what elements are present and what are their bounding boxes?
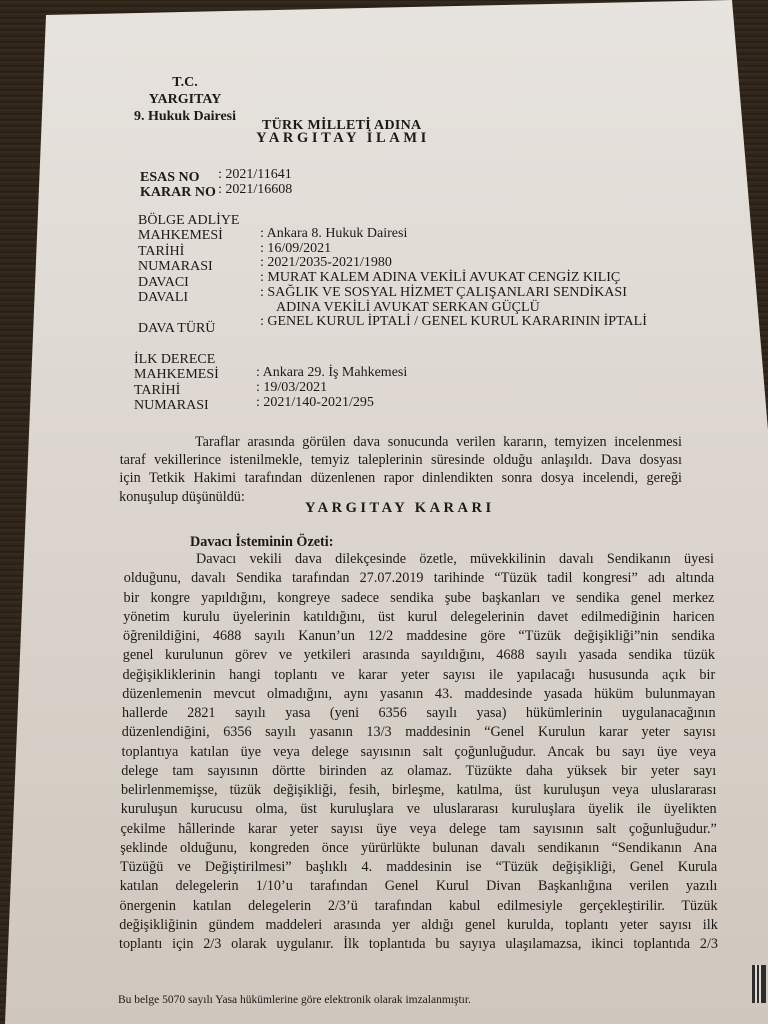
text-line: delege tam sayısının dörtte birinden az … (121, 762, 716, 782)
text-line: düzenlendiğini, 6356 sayılı yasanın 13/3… (122, 723, 716, 743)
regional-court-label: DAVALI (138, 290, 188, 306)
text-line: Tüzüğü ve Değiştirilmesi” başlıklı 4. ma… (120, 858, 717, 878)
e-signature-notice: Bu belge 5070 sayılı Yasa hükümlerine gö… (118, 994, 471, 1006)
first-instance-value: : Ankara 29. İş Mahkemesi (256, 365, 407, 381)
text-line: Taraflar arasında görülen dava sonucunda… (195, 433, 682, 453)
qr-code-icon (752, 965, 766, 1003)
regional-court-block: BÖLGE ADLİYE MAHKEMESİ: Ankara 8. Hukuk … (138, 213, 698, 343)
regional-court-value: : SAĞLIK VE SOSYAL HİZMET ÇALIŞANLARI SE… (260, 285, 627, 301)
first-instance-value: : 2021/140-2021/295 (256, 395, 374, 411)
regional-court-value: : 16/09/2021 (260, 241, 331, 257)
text-line: taraf vekillerince istenilmekle, temyiz … (120, 451, 682, 471)
regional-court-value: : GENEL KURUL İPTALİ / GENEL KURUL KARAR… (260, 314, 647, 330)
text-line: kuruluşun kurucusu olma, üst kuruluşlara… (121, 800, 717, 820)
karar-value: : 2021/16608 (218, 182, 292, 198)
text-line: hallerde 2821 sayılı yasa (yeni 6356 say… (122, 704, 716, 724)
text-line: genel kurulunun görev ve yetkileri arası… (123, 646, 715, 666)
text-line: için Tetkik Hakimi tarafından düzenlenen… (119, 469, 682, 489)
regional-court-label: MAHKEMESİ (138, 228, 223, 244)
first-instance-value: : 19/03/2021 (256, 380, 327, 396)
first-instance-label: MAHKEMESİ (134, 367, 219, 383)
first-instance-heading: İLK DERECE (134, 352, 215, 368)
first-instance-label: NUMARASI (134, 398, 209, 414)
regional-heading: BÖLGE ADLİYE (138, 213, 240, 229)
text-line: yönetim kurulu üyelerinin katıldığını, ü… (123, 608, 714, 628)
regional-court-label: DAVACI (138, 275, 189, 291)
text-line: değişikliklerinin hangi toplantı ve kara… (123, 666, 716, 686)
text-line: şeklinde olduğunu, kongreden önce yürürl… (120, 839, 717, 859)
first-instance-label: TARİHİ (134, 383, 180, 399)
regional-court-label: DAVA TÜRÜ (138, 321, 215, 337)
text-line: öğrenildiğini, 4688 sayılı Kanun’un 12/2… (123, 627, 715, 647)
regional-court-value: : MURAT KALEM ADINA VEKİLİ AVUKAT CENGİZ… (260, 270, 620, 286)
regional-court-label: NUMARASI (138, 259, 213, 275)
esas-value: : 2021/11641 (218, 167, 292, 183)
text-line: değişikliğinin gündem maddeleri arasında… (119, 916, 718, 936)
text-line: Davacı vekili dava dilekçesinde özetle, … (196, 550, 714, 570)
text-line: çekilme hâllerinde karar yeter sayısı üy… (121, 820, 717, 840)
text-line: toplantıya katılan üye veya delege sayıs… (122, 743, 717, 763)
header-ilam-title: YARGITAY İLAMI (213, 130, 473, 147)
header-yargitay: YARGITAY (130, 91, 240, 108)
text-line: bir kongre yapıldığını, kongreye sadece … (124, 589, 715, 609)
header-tc: T.C. (130, 74, 240, 91)
text-line: önergenin katılan delegelerin 2/3’ü tara… (120, 897, 718, 917)
text-line: düzenlemenin mevcut olmadığını, aynı yas… (122, 685, 715, 705)
header-chamber: 9. Hukuk Dairesi (130, 108, 240, 125)
text-line: konuşulup düşünüldü: (119, 488, 245, 508)
court-header: T.C. YARGITAY 9. Hukuk Dairesi (130, 74, 240, 125)
esas-label: ESAS NO (140, 170, 200, 186)
decision-title: YARGITAY KARARI (305, 500, 495, 517)
text-line: belirlenmemişse, tüzük değişikliği, fesi… (121, 781, 716, 801)
text-line: olduğunu, davalı Sendika tarafından 27.0… (124, 569, 714, 589)
first-instance-block: İLK DERECE MAHKEMESİ: Ankara 29. İş Mahk… (134, 352, 534, 422)
regional-court-label: TARİHİ (138, 244, 184, 260)
regional-court-value: : 2021/2035-2021/1980 (260, 255, 392, 271)
text-line: katılan delegelerin 1/10’u tarafından Ge… (120, 877, 718, 897)
case-numbers: ESAS NO : 2021/11641 KARAR NO : 2021/166… (140, 170, 440, 204)
regional-court-value: : Ankara 8. Hukuk Dairesi (260, 226, 407, 242)
karar-label: KARAR NO (140, 185, 216, 201)
text-line: toplantı için 2/3 olarak uygulanır. İlk … (119, 935, 718, 955)
